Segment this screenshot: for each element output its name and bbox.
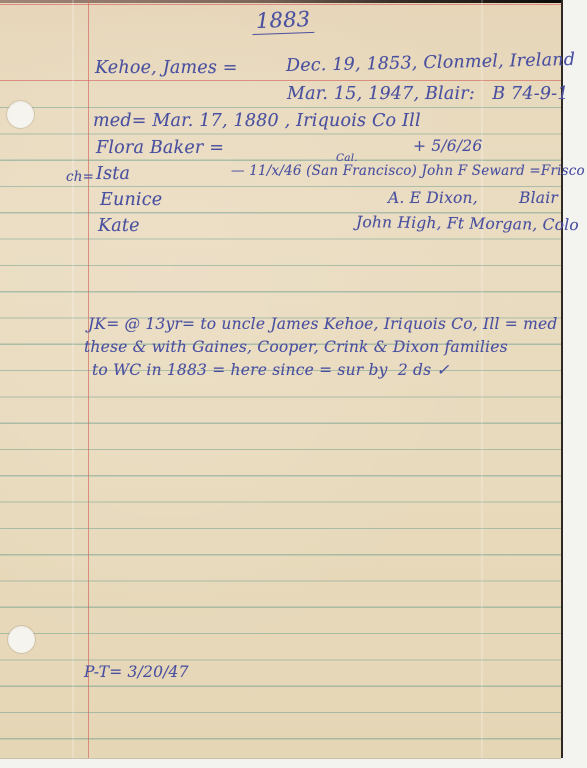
- note-line-2: these & with Gaines, Cooper, Crink & Dix…: [84, 338, 508, 356]
- child-note-ista: — 11/x/46 (San Francisco) John F Seward …: [231, 163, 585, 179]
- child-name-ista: Ista: [96, 164, 130, 184]
- note-line-3: to WC in 1883 = here since = sur by 2 ds…: [92, 361, 450, 379]
- entry-marriage: med= Mar. 17, 1880 , Iriquois Co Ill: [93, 111, 421, 131]
- entry-spouse-death: + 5/6/26: [413, 137, 482, 155]
- paper-crease: [481, 0, 483, 758]
- entry-birth: Dec. 19, 1853, Clonmel, Ireland: [286, 50, 576, 76]
- paper-crease: [72, 0, 74, 758]
- note-line-1: JK= @ 13yr= to uncle James Kehoe, Iriquo…: [88, 315, 558, 333]
- ruled-line-red-header: [0, 80, 561, 81]
- entry-spouse: Flora Baker =: [96, 138, 224, 158]
- punch-hole-bottom: [8, 626, 35, 653]
- page-top-edge: [0, 0, 561, 3]
- entry-death: Mar. 15, 1947, Blair: B 74-9-1: [287, 84, 569, 104]
- margin-line-red: [88, 0, 89, 758]
- child-note-kate: John High, Ft Morgan, Colo: [356, 213, 579, 234]
- child-name-kate: Kate: [98, 216, 140, 236]
- child-name-eunice: Eunice: [100, 190, 162, 210]
- child-note-eunice-place: Blair: [519, 189, 558, 207]
- child-note-eunice: A. E Dixon,: [388, 189, 478, 207]
- notebook-page: 1883 Kehoe, James = Dec. 19, 1853, Clonm…: [0, 0, 561, 758]
- children-label: ch=: [66, 169, 94, 185]
- ruled-line-red-top: [0, 4, 561, 5]
- page-title-year: 1883: [252, 7, 315, 35]
- footer-proof-date: P-T= 3/20/47: [84, 663, 189, 681]
- punch-hole-top: [7, 101, 34, 128]
- entry-name: Kehoe, James =: [95, 58, 238, 78]
